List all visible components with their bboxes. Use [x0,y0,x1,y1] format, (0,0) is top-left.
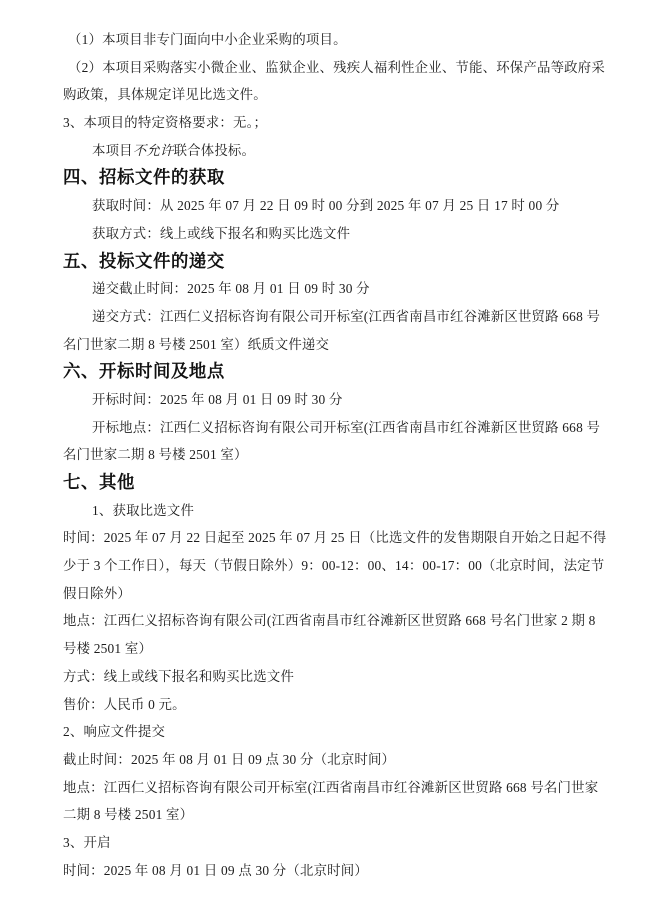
submission-method-line-2: 名门世家二期 8 号楼 2501 室）纸质文件递交 [63,331,607,359]
open-time: 时间：2025 年 08 月 01 日 09 点 30 分（北京时间） [63,857,607,885]
others-doc-time-line-2: 少于 3 个工作日），每天（节假日除外）9：00-12：00、14：00-17：… [63,552,607,580]
others-doc-place-line-2: 号楼 2501 室） [63,635,607,663]
others-doc-time-line-3: 假日除外） [63,580,607,608]
opening-time: 开标时间：2025 年 08 月 01 日 09 时 30 分 [63,386,607,414]
others-item-2-title: 2、响应文件提交 [63,718,607,746]
clause-policy-line-2: 购政策，具体规定详见比选文件。 [63,81,607,109]
heading-doc-acquisition: 四、招标文件的获取 [63,164,607,192]
response-deadline: 截止时间：2025 年 08 月 01 日 09 点 30 分（北京时间） [63,746,607,774]
clause-qualification: 3、本项目的特定资格要求：无。； [63,109,607,137]
submission-deadline: 递交截止时间：2025 年 08 月 01 日 09 时 30 分 [63,275,607,303]
response-place-line-1: 地点：江西仁义招标咨询有限公司开标室(江西省南昌市红谷滩新区世贸路 668 号名… [63,774,607,802]
clause-policy-line-1: （2）本项目采购落实小微企业、监狱企业、残疾人福利性企业、节能、环保产品等政府采 [63,54,607,82]
consortium-prefix: 本项目 [92,143,133,158]
acquisition-time: 获取时间：从 2025 年 07 月 22 日 09 时 00 分到 2025 … [63,192,607,220]
others-item-3-title: 3、开启 [63,829,607,857]
consortium-not-allowed-italic: 不允许 [133,143,174,158]
heading-bid-opening: 六、开标时间及地点 [63,358,607,386]
others-doc-method: 方式：线上或线下报名和购买比选文件 [63,663,607,691]
opening-place-line-1: 开标地点：江西仁义招标咨询有限公司开标室(江西省南昌市红谷滩新区世贸路 668 … [63,414,607,442]
consortium-suffix: 联合体投标。 [174,143,256,158]
others-doc-place-line-1: 地点：江西仁义招标咨询有限公司(江西省南昌市红谷滩新区世贸路 668 号名门世家… [63,607,607,635]
clause-not-smb-targeted: （1）本项目非专门面向中小企业采购的项目。 [63,26,607,54]
submission-method-line-1: 递交方式：江西仁义招标咨询有限公司开标室(江西省南昌市红谷滩新区世贸路 668 … [63,303,607,331]
clause-consortium: 本项目不允许联合体投标。 [63,137,607,165]
heading-others: 七、其他 [63,469,607,497]
others-doc-price: 售价：人民币 0 元。 [63,691,607,719]
heading-bid-submission: 五、投标文件的递交 [63,248,607,276]
response-place-line-2: 二期 8 号楼 2501 室） [63,801,607,829]
others-item-1-title: 1、获取比选文件 [63,497,607,525]
document-page: （1）本项目非专门面向中小企业采购的项目。 （2）本项目采购落实小微企业、监狱企… [0,0,667,908]
acquisition-method: 获取方式：线上或线下报名和购买比选文件 [63,220,607,248]
others-doc-time-line-1: 时间：2025 年 07 月 22 日起至 2025 年 07 月 25 日（比… [63,524,607,552]
opening-place-line-2: 名门世家二期 8 号楼 2501 室） [63,441,607,469]
